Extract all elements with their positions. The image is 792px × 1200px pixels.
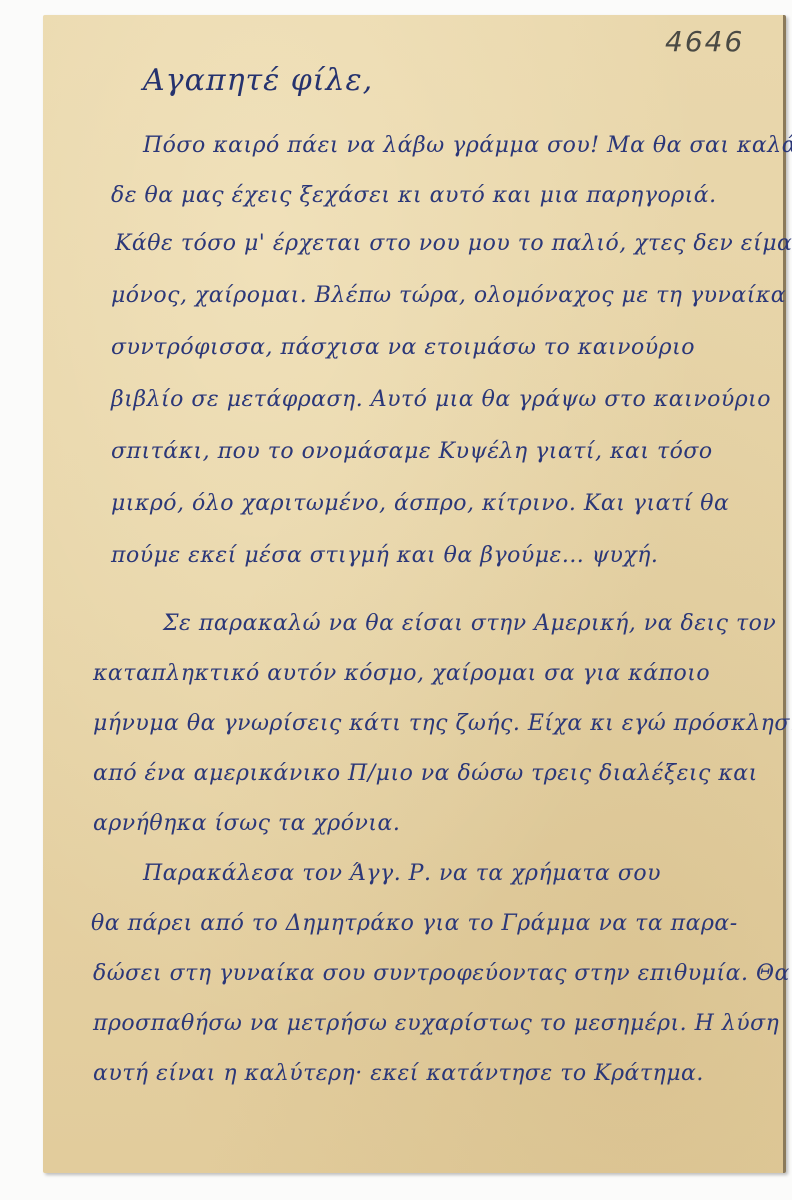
letter-line: Πόσο καιρό πάει να λάβω γράμμα σου! Μα θ…: [143, 133, 792, 158]
letter-line: προσπαθήσω να μετρήσω ευχαρίστως το μεση…: [93, 1011, 779, 1036]
letter-line: μικρό, όλο χαριτωμένο, άσπρο, κίτρινο. Κ…: [111, 491, 729, 516]
letter-line: Κάθε τόσο μ' έρχεται στο νου μου το παλι…: [115, 231, 792, 256]
letter-line: αρνήθηκα ίσως τα χρόνια.: [93, 811, 400, 836]
letter-line: σπιτάκι, που το ονομάσαμε Κυψέλη γιατί, …: [111, 439, 713, 464]
letter-page: 4646 Αγαπητέ φίλε, Πόσο καιρό πάει να λά…: [43, 15, 786, 1173]
letter-line: μόνος, χαίρομαι. Βλέπω τώρα, ολομόναχος …: [111, 283, 786, 308]
letter-line: μήνυμα θα γνωρίσεις κάτι της ζωής. Είχα …: [93, 711, 792, 736]
letter-line: από ένα αμερικάνικο Π/μιο να δώσω τρεις …: [93, 761, 758, 786]
letter-line: αυτή είναι η καλύτερη· εκεί κατάντησε το…: [93, 1061, 704, 1086]
letter-line: βιβλίο σε μετάφραση. Αυτό μια θα γράψω σ…: [111, 387, 771, 412]
letter-line: Σε παρακαλώ να θα είσαι στην Αμερική, να…: [163, 611, 776, 636]
letter-line: δε θα μας έχεις ξεχάσει κι αυτό και μια …: [111, 183, 717, 208]
letter-line: συντρόφισσα, πάσχισα να ετοιμάσω το καιν…: [111, 335, 695, 360]
letter-line: θα πάρει από το Δημητράκο για το Γράμμα …: [91, 911, 738, 936]
letter-line: καταπληκτικό αυτόν κόσμο, χαίρομαι σα γι…: [93, 661, 710, 686]
letter-salutation: Αγαπητέ φίλε,: [143, 63, 373, 98]
letter-line: Παρακάλεσα τον Άγγ. Ρ. να τα χρήματα σου: [143, 861, 661, 886]
letter-line: δώσει στη γυναίκα σου συντροφεύοντας στη…: [93, 961, 790, 986]
letter-line: πούμε εκεί μέσα στιγμή και θα βγούμε... …: [111, 543, 658, 568]
catalog-number: 4646: [665, 25, 744, 58]
